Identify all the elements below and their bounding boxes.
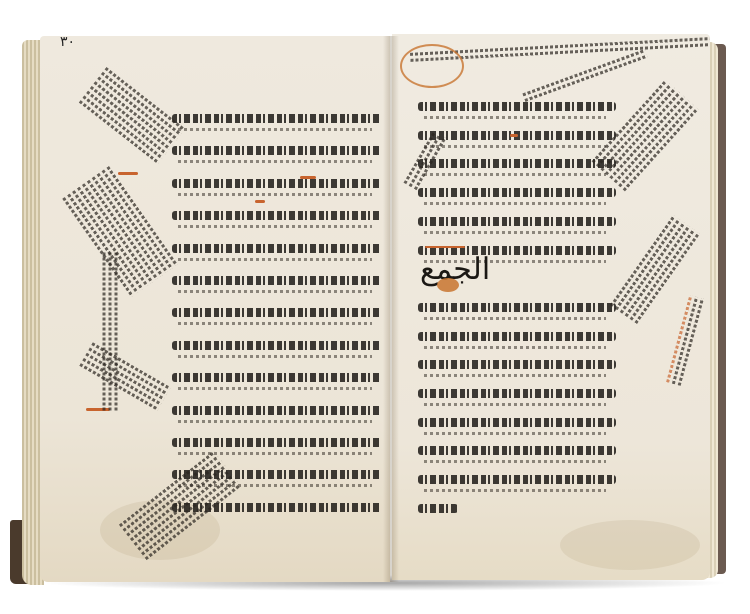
text-line — [418, 301, 616, 314]
headline-accent — [437, 278, 459, 292]
rubric-mark — [425, 246, 465, 248]
marginal-seal-note — [400, 44, 464, 88]
rubric-mark — [510, 134, 518, 137]
text-line — [172, 209, 382, 222]
text-line — [172, 177, 382, 190]
text-line — [418, 473, 616, 486]
text-line — [172, 404, 382, 417]
text-line — [172, 112, 382, 125]
text-line — [172, 144, 382, 157]
page-number: ٣٠ — [60, 34, 75, 50]
text-line — [418, 215, 616, 228]
text-line — [418, 387, 616, 400]
text-line — [172, 436, 382, 449]
rubric-mark — [255, 200, 265, 203]
rubric-mark — [118, 172, 138, 175]
paper-stain — [560, 520, 700, 570]
text-line — [418, 502, 458, 515]
text-line — [418, 100, 616, 113]
text-line — [418, 444, 616, 457]
text-line — [172, 306, 382, 319]
text-line — [172, 274, 382, 287]
text-line — [418, 416, 616, 429]
book-gutter — [383, 36, 399, 582]
text-line — [418, 186, 616, 199]
text-line — [172, 371, 382, 384]
right-main-text — [418, 100, 616, 515]
text-line — [418, 358, 616, 371]
text-line — [418, 330, 616, 343]
manuscript-photo: ٣٠ الجمع — [0, 0, 750, 614]
text-line — [172, 339, 382, 352]
rubric-mark — [300, 176, 316, 179]
text-line — [418, 157, 616, 170]
text-line — [172, 242, 382, 255]
